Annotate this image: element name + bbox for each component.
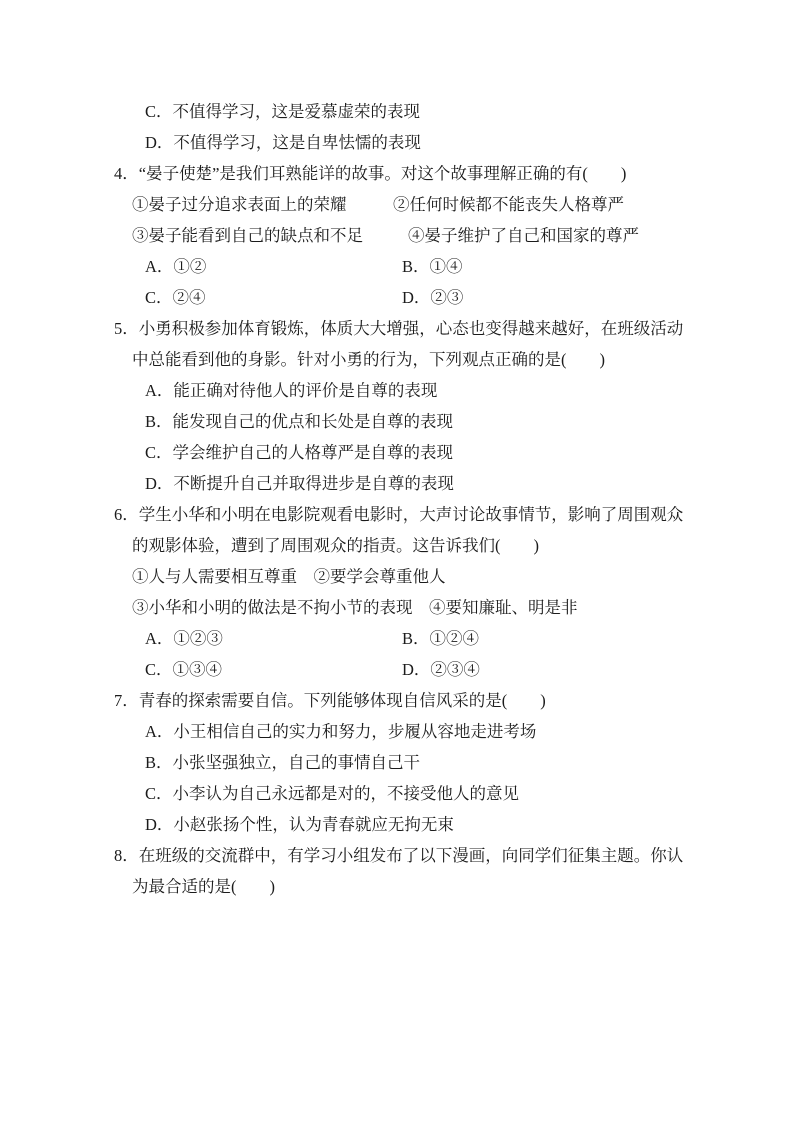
option-label: C． <box>145 102 173 121</box>
question-number: 7． <box>114 691 139 710</box>
question-3-option-d: D．不值得学习，这是自卑怯懦的表现 <box>0 127 793 158</box>
option-label: A． <box>145 722 173 741</box>
question-6-option-d: D．②③④ <box>402 654 480 685</box>
question-text: 中总能看到他的身影。针对小勇的行为，下列观点正确的是( ) <box>132 350 605 369</box>
question-number: 6． <box>114 505 139 524</box>
question-6-stem-line-1: 6．学生小华和小明在电影院观看电影时，大声讨论故事情节，影响了周围观众 <box>0 499 793 530</box>
option-text: ①②④ <box>430 629 480 648</box>
option-label: A． <box>145 629 173 648</box>
option-label: B． <box>145 412 173 431</box>
question-4-stem: 4．“晏子使楚”是我们耳熟能详的故事。对这个故事理解正确的有( ) <box>0 158 793 189</box>
option-text: ①③④ <box>173 660 223 679</box>
option-text: ②③ <box>430 288 463 307</box>
question-5-option-a: A．能正确对待他人的评价是自尊的表现 <box>0 375 793 406</box>
question-6-options-row-2: C．①③④D．②③④ <box>0 654 793 685</box>
statement-2: ②任何时候都不能丧失人格尊严 <box>393 189 624 220</box>
option-text: 小王相信自己的实力和努力，步履从容地走进考场 <box>173 722 536 741</box>
option-label: C． <box>145 443 173 462</box>
statement-3: ③晏子能看到自己的缺点和不足 <box>132 226 363 245</box>
option-label: D． <box>402 660 430 679</box>
option-label: B． <box>145 753 173 772</box>
question-6-option-a: A．①②③ <box>145 629 223 648</box>
question-6-option-b: B．①②④ <box>402 623 479 654</box>
statements-1-2: ①人与人需要相互尊重 ②要学会尊重他人 <box>132 567 446 586</box>
question-7-stem: 7．青春的探索需要自信。下列能够体现自信风采的是( ) <box>0 685 793 716</box>
option-label: C． <box>145 784 173 803</box>
exam-content: C．不值得学习，这是爱慕虚荣的表现 D．不值得学习，这是自卑怯懦的表现 4．“晏… <box>0 96 793 902</box>
option-text: 小李认为自己永远都是对的，不接受他人的意见 <box>173 784 520 803</box>
option-label: C． <box>145 288 173 307</box>
option-text: ②④ <box>173 288 206 307</box>
question-4-option-a: A．①② <box>145 257 206 276</box>
option-label: C． <box>145 660 173 679</box>
option-text: 不断提升自己并取得进步是自尊的表现 <box>173 474 454 493</box>
question-number: 5． <box>114 319 139 338</box>
question-4-statements-row-1: ①晏子过分追求表面上的荣耀②任何时候都不能丧失人格尊严 <box>0 189 793 220</box>
question-6-statements-row-2: ③小华和小明的做法是不拘小节的表现 ④要知廉耻、明是非 <box>0 592 793 623</box>
option-text: ①④ <box>430 257 463 276</box>
question-4-statements-row-2: ③晏子能看到自己的缺点和不足④晏子维护了自己和国家的尊严 <box>0 220 793 251</box>
statement-1: ①晏子过分追求表面上的荣耀 <box>132 195 347 214</box>
option-text: ②③④ <box>430 660 480 679</box>
question-text: 青春的探索需要自信。下列能够体现自信风采的是( ) <box>139 691 546 710</box>
question-5-option-b: B．能发现自己的优点和长处是自尊的表现 <box>0 406 793 437</box>
option-text: 小张坚强独立，自己的事情自己干 <box>173 753 421 772</box>
question-text: “晏子使楚”是我们耳熟能详的故事。对这个故事理解正确的有( ) <box>139 164 627 183</box>
option-label: A． <box>145 257 173 276</box>
option-label: B． <box>402 257 430 276</box>
question-5-stem-line-1: 5．小勇积极参加体育锻炼，体质大大增强，心态也变得越来越好，在班级活动 <box>0 313 793 344</box>
question-8-stem-line-1: 8．在班级的交流群中，有学习小组发布了以下漫画，向同学们征集主题。你认 <box>0 840 793 871</box>
option-label: D． <box>145 133 173 152</box>
option-text: ①② <box>173 257 206 276</box>
option-label: D． <box>145 815 173 834</box>
question-number: 8． <box>114 846 139 865</box>
question-7-option-d: D．小赵张扬个性，认为青春就应无拘无束 <box>0 809 793 840</box>
question-4-option-c: C．②④ <box>145 288 206 307</box>
question-5-option-c: C．学会维护自己的人格尊严是自尊的表现 <box>0 437 793 468</box>
option-text: 能正确对待他人的评价是自尊的表现 <box>173 381 437 400</box>
option-label: D． <box>145 474 173 493</box>
option-text: 小赵张扬个性，认为青春就应无拘无束 <box>173 815 454 834</box>
question-3-option-c: C．不值得学习，这是爱慕虚荣的表现 <box>0 96 793 127</box>
exam-page: C．不值得学习，这是爱慕虚荣的表现 D．不值得学习，这是自卑怯懦的表现 4．“晏… <box>0 0 793 1122</box>
question-7-option-a: A．小王相信自己的实力和努力，步履从容地走进考场 <box>0 716 793 747</box>
question-6-options-row-1: A．①②③B．①②④ <box>0 623 793 654</box>
question-4-options-row-2: C．②④D．②③ <box>0 282 793 313</box>
option-text: 不值得学习，这是爱慕虚荣的表现 <box>173 102 421 121</box>
question-text: 的观影体验，遭到了周围观众的指责。这告诉我们( ) <box>132 536 539 555</box>
option-label: D． <box>402 288 430 307</box>
question-text: 在班级的交流群中，有学习小组发布了以下漫画，向同学们征集主题。你认 <box>139 846 684 865</box>
question-4-options-row-1: A．①②B．①④ <box>0 251 793 282</box>
question-text: 学生小华和小明在电影院观看电影时，大声讨论故事情节，影响了周围观众 <box>139 505 684 524</box>
statement-4: ④晏子维护了自己和国家的尊严 <box>408 220 639 251</box>
question-5-stem-line-2: 中总能看到他的身影。针对小勇的行为，下列观点正确的是( ) <box>0 344 793 375</box>
question-7-option-c: C．小李认为自己永远都是对的，不接受他人的意见 <box>0 778 793 809</box>
question-6-option-c: C．①③④ <box>145 660 222 679</box>
option-label: B． <box>402 629 430 648</box>
question-text: 小勇积极参加体育锻炼，体质大大增强，心态也变得越来越好，在班级活动 <box>139 319 684 338</box>
option-text: 学会维护自己的人格尊严是自尊的表现 <box>173 443 454 462</box>
question-5-option-d: D．不断提升自己并取得进步是自尊的表现 <box>0 468 793 499</box>
question-4-option-b: B．①④ <box>402 251 463 282</box>
option-text: 能发现自己的优点和长处是自尊的表现 <box>173 412 454 431</box>
statements-3-4: ③小华和小明的做法是不拘小节的表现 ④要知廉耻、明是非 <box>132 598 578 617</box>
option-label: A． <box>145 381 173 400</box>
option-text: 不值得学习，这是自卑怯懦的表现 <box>173 133 421 152</box>
question-number: 4． <box>114 164 139 183</box>
question-7-option-b: B．小张坚强独立，自己的事情自己干 <box>0 747 793 778</box>
question-4-option-d: D．②③ <box>402 282 463 313</box>
option-text: ①②③ <box>173 629 223 648</box>
question-6-statements-row-1: ①人与人需要相互尊重 ②要学会尊重他人 <box>0 561 793 592</box>
question-8-stem-line-2: 为最合适的是( ) <box>0 871 793 902</box>
question-6-stem-line-2: 的观影体验，遭到了周围观众的指责。这告诉我们( ) <box>0 530 793 561</box>
question-text: 为最合适的是( ) <box>132 877 275 896</box>
